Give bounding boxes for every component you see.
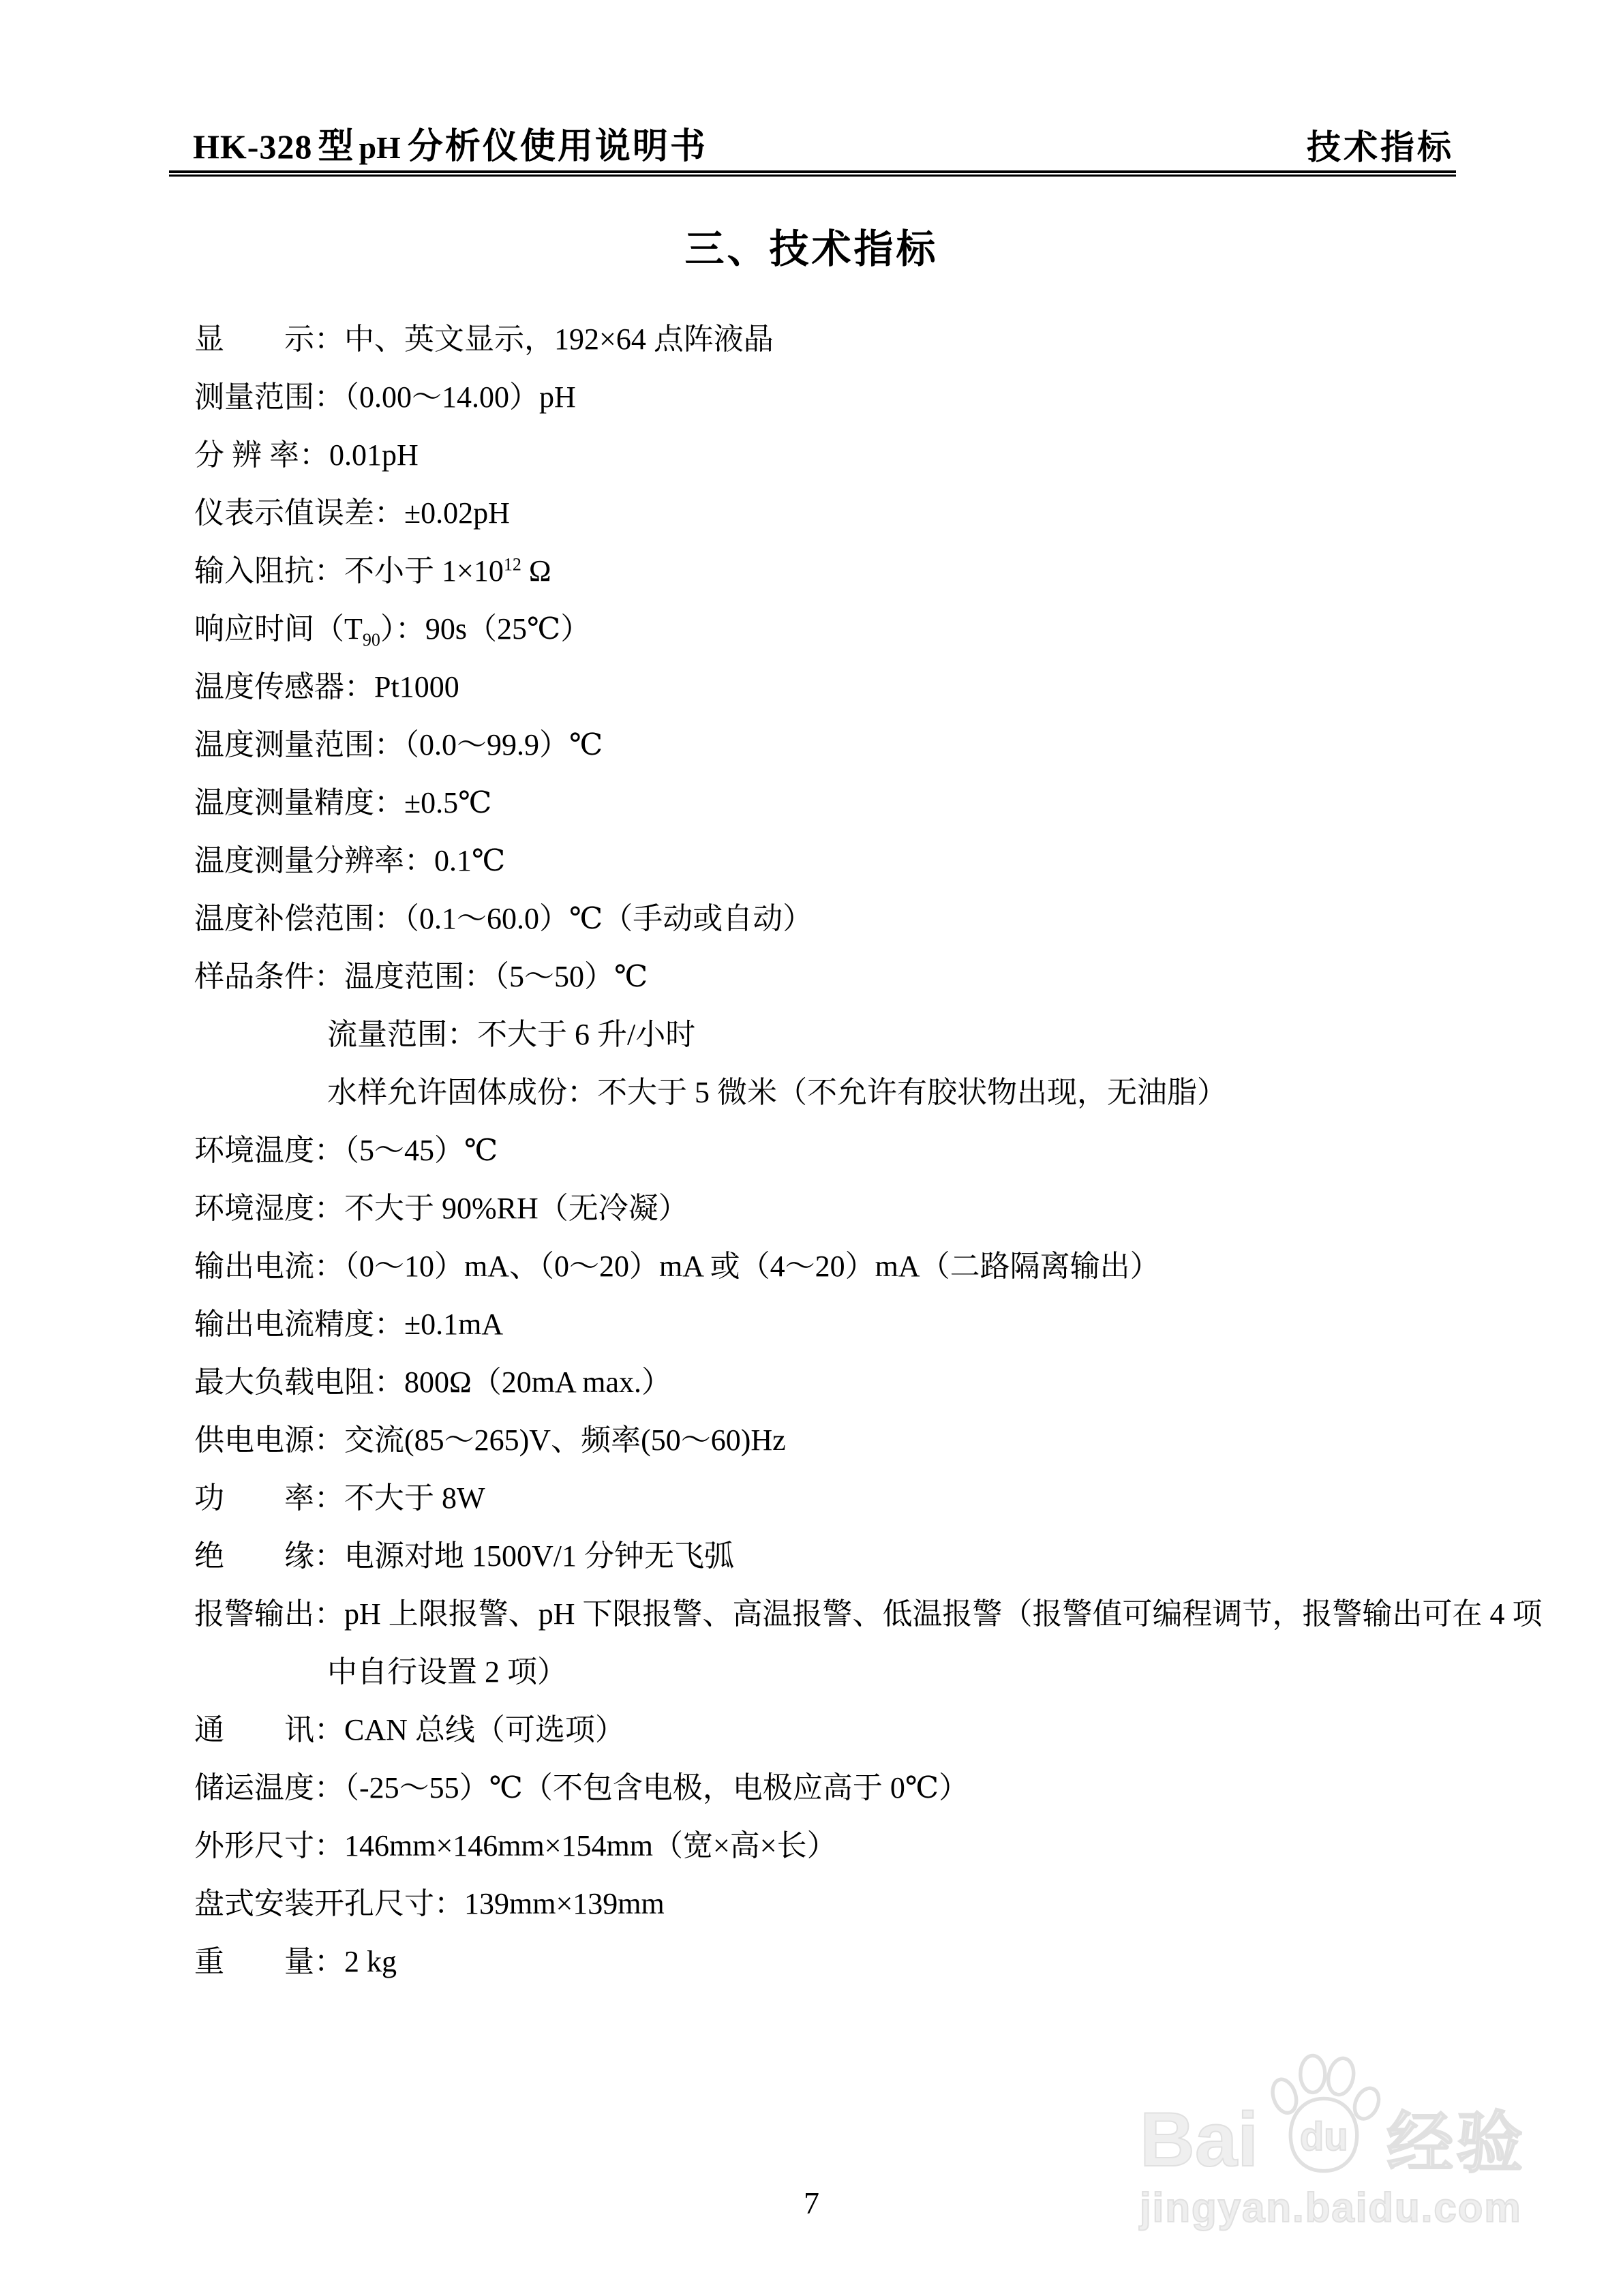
spec-line-text: ）：90s（25℃） [380, 612, 590, 646]
spec-line: 储运温度：（-25～55）℃（不包含电极，电极应高于 0℃） [194, 1759, 1476, 1817]
spec-line-text: 供电电源：交流(85～265)V、频率(50～60)Hz [194, 1423, 786, 1457]
spec-line: 输出电流精度：±0.1mA [194, 1295, 1476, 1353]
spec-line-text: 外形尺寸：146mm×146mm×154mm（宽×高×长） [194, 1829, 837, 1862]
spec-line-text: 温度测量精度：±0.5℃ [194, 786, 491, 819]
spec-line: 输出电流：（0～10）mA、（0～20）mA 或（4～20）mA（二路隔离输出） [194, 1237, 1476, 1295]
page-title: 三、技术指标 [0, 217, 1623, 274]
spec-line-text: 测量范围：（0.00～14.00）pH [194, 380, 576, 414]
spec-line: 供电电源：交流(85～265)V、频率(50～60)Hz [194, 1411, 1476, 1469]
spec-line-text: 储运温度：（-25～55）℃（不包含电极，电极应高于 0℃） [194, 1771, 969, 1804]
watermark-brand-du: du [1300, 2117, 1348, 2157]
spec-line: 温度传感器：Pt1000 [194, 658, 1476, 716]
spec-list: 显 示：中、英文显示，192×64 点阵液晶测量范围：（0.00～14.00）p… [194, 310, 1476, 1991]
spec-line-text: 样品条件：温度范围：（5～50）℃ [194, 960, 648, 993]
spec-line-text: 环境湿度：不大于 90%RH（无冷凝） [194, 1192, 688, 1225]
spec-line: 显 示：中、英文显示，192×64 点阵液晶 [194, 310, 1476, 368]
spec-line-text: Ω [521, 554, 551, 588]
spec-line-sub: 90 [363, 630, 380, 650]
spec-line-text: 绝 缘：电源对地 1500V/1 分钟无飞弧 [194, 1539, 734, 1573]
spec-line: 温度测量精度：±0.5℃ [194, 774, 1476, 832]
baidu-paw-icon: du [1262, 2052, 1385, 2175]
header-ph: pH [359, 130, 400, 166]
spec-line-text: 温度补偿范围：（0.1～60.0）℃（手动或自动） [194, 902, 813, 935]
spec-line-sup: 12 [504, 554, 521, 574]
spec-line: 温度测量分辨率：0.1℃ [194, 832, 1476, 890]
header-section-label: 技术指标 [1307, 120, 1454, 169]
header-left: HK-328 型 pH 分析仪使用说明书 [193, 117, 708, 168]
spec-line-text: 温度测量分辨率：0.1℃ [194, 844, 505, 877]
spec-line-text: 环境温度：（5～45）℃ [194, 1134, 498, 1167]
watermark-brand-cn: 经验 [1386, 2111, 1526, 2175]
spec-line: 测量范围：（0.00～14.00）pH [194, 368, 1476, 426]
spec-line: 中自行设置 2 项） [194, 1643, 1476, 1701]
spec-line: 输入阻抗：不小于 1×1012 Ω [194, 542, 1476, 600]
page-number: 7 [0, 2185, 1623, 2221]
header-title-suffix: 分析仪使用说明书 [408, 117, 708, 168]
spec-line-text: 仪表示值误差：±0.02pH [194, 496, 510, 530]
spec-line: 样品条件：温度范围：（5～50）℃ [194, 948, 1476, 1006]
spec-line: 温度测量范围：（0.0～99.9）℃ [194, 716, 1476, 774]
watermark-brand-bai: Bai [1140, 2104, 1258, 2175]
spec-line-text: 输出电流精度：±0.1mA [194, 1308, 503, 1341]
spec-line-text: 重 量：2 kg [194, 1945, 397, 1978]
spec-line-text: 通 讯：CAN 总线（可选项） [194, 1713, 625, 1747]
spec-line-text: 中自行设置 2 项） [327, 1655, 567, 1689]
spec-line-text: 输入阻抗：不小于 1×10 [194, 554, 504, 588]
manual-page: HK-328 型 pH 分析仪使用说明书 技术指标 三、技术指标 显 示：中、英… [0, 0, 1623, 2296]
watermark-logo-row: Bai du 经验 [1140, 2049, 1549, 2175]
spec-line-text: 温度传感器：Pt1000 [194, 670, 459, 704]
spec-line-text: 水样允许固体成份：不大于 5 微米（不允许有胶状物出现，无油脂） [327, 1076, 1227, 1109]
spec-line-text: 输出电流：（0～10）mA、（0～20）mA 或（4～20）mA（二路隔离输出） [194, 1250, 1160, 1283]
spec-line: 环境温度：（5～45）℃ [194, 1121, 1476, 1179]
spec-line-text: 功 率：不大于 8W [194, 1481, 485, 1515]
spec-line: 分 辨 率：0.01pH [194, 426, 1476, 484]
header-type-word: 型 [318, 117, 353, 168]
paw-svg [1262, 2052, 1385, 2175]
spec-line-text: 响应时间（T [194, 612, 363, 646]
spec-line: 最大负载电阻：800Ω（20mA max.） [194, 1353, 1476, 1411]
spec-line: 报警输出：pH 上限报警、pH 下限报警、高温报警、低温报警（报警值可编程调节，… [194, 1585, 1476, 1643]
spec-line: 通 讯：CAN 总线（可选项） [194, 1701, 1476, 1759]
spec-line-text: 温度测量范围：（0.0～99.9）℃ [194, 728, 603, 761]
spec-line: 盘式安装开孔尺寸：139mm×139mm [194, 1875, 1476, 1933]
spec-line-text: 报警输出：pH 上限报警、pH 下限报警、高温报警、低温报警（报警值可编程调节，… [194, 1597, 1543, 1631]
spec-line: 绝 缘：电源对地 1500V/1 分钟无飞弧 [194, 1527, 1476, 1585]
spec-line: 重 量：2 kg [194, 1933, 1476, 1991]
spec-line: 温度补偿范围：（0.1～60.0）℃（手动或自动） [194, 890, 1476, 948]
spec-line: 环境湿度：不大于 90%RH（无冷凝） [194, 1179, 1476, 1237]
spec-line: 响应时间（T90）：90s（25℃） [194, 600, 1476, 658]
spec-line: 水样允许固体成份：不大于 5 微米（不允许有胶状物出现，无油脂） [194, 1063, 1476, 1121]
spec-line-text: 盘式安装开孔尺寸：139mm×139mm [194, 1887, 665, 1920]
header-rule [169, 170, 1456, 177]
spec-line-text: 显 示：中、英文显示，192×64 点阵液晶 [194, 322, 774, 356]
spec-line: 流量范围：不大于 6 升/小时 [194, 1006, 1476, 1063]
spec-line: 仪表示值误差：±0.02pH [194, 484, 1476, 542]
spec-line-text: 分 辨 率：0.01pH [194, 438, 419, 472]
spec-line-text: 流量范围：不大于 6 升/小时 [327, 1018, 695, 1051]
spec-line-text: 最大负载电阻：800Ω（20mA max.） [194, 1365, 671, 1399]
spec-line: 功 率：不大于 8W [194, 1469, 1476, 1527]
header-model: HK-328 [193, 127, 312, 166]
spec-line: 外形尺寸：146mm×146mm×154mm（宽×高×长） [194, 1817, 1476, 1875]
